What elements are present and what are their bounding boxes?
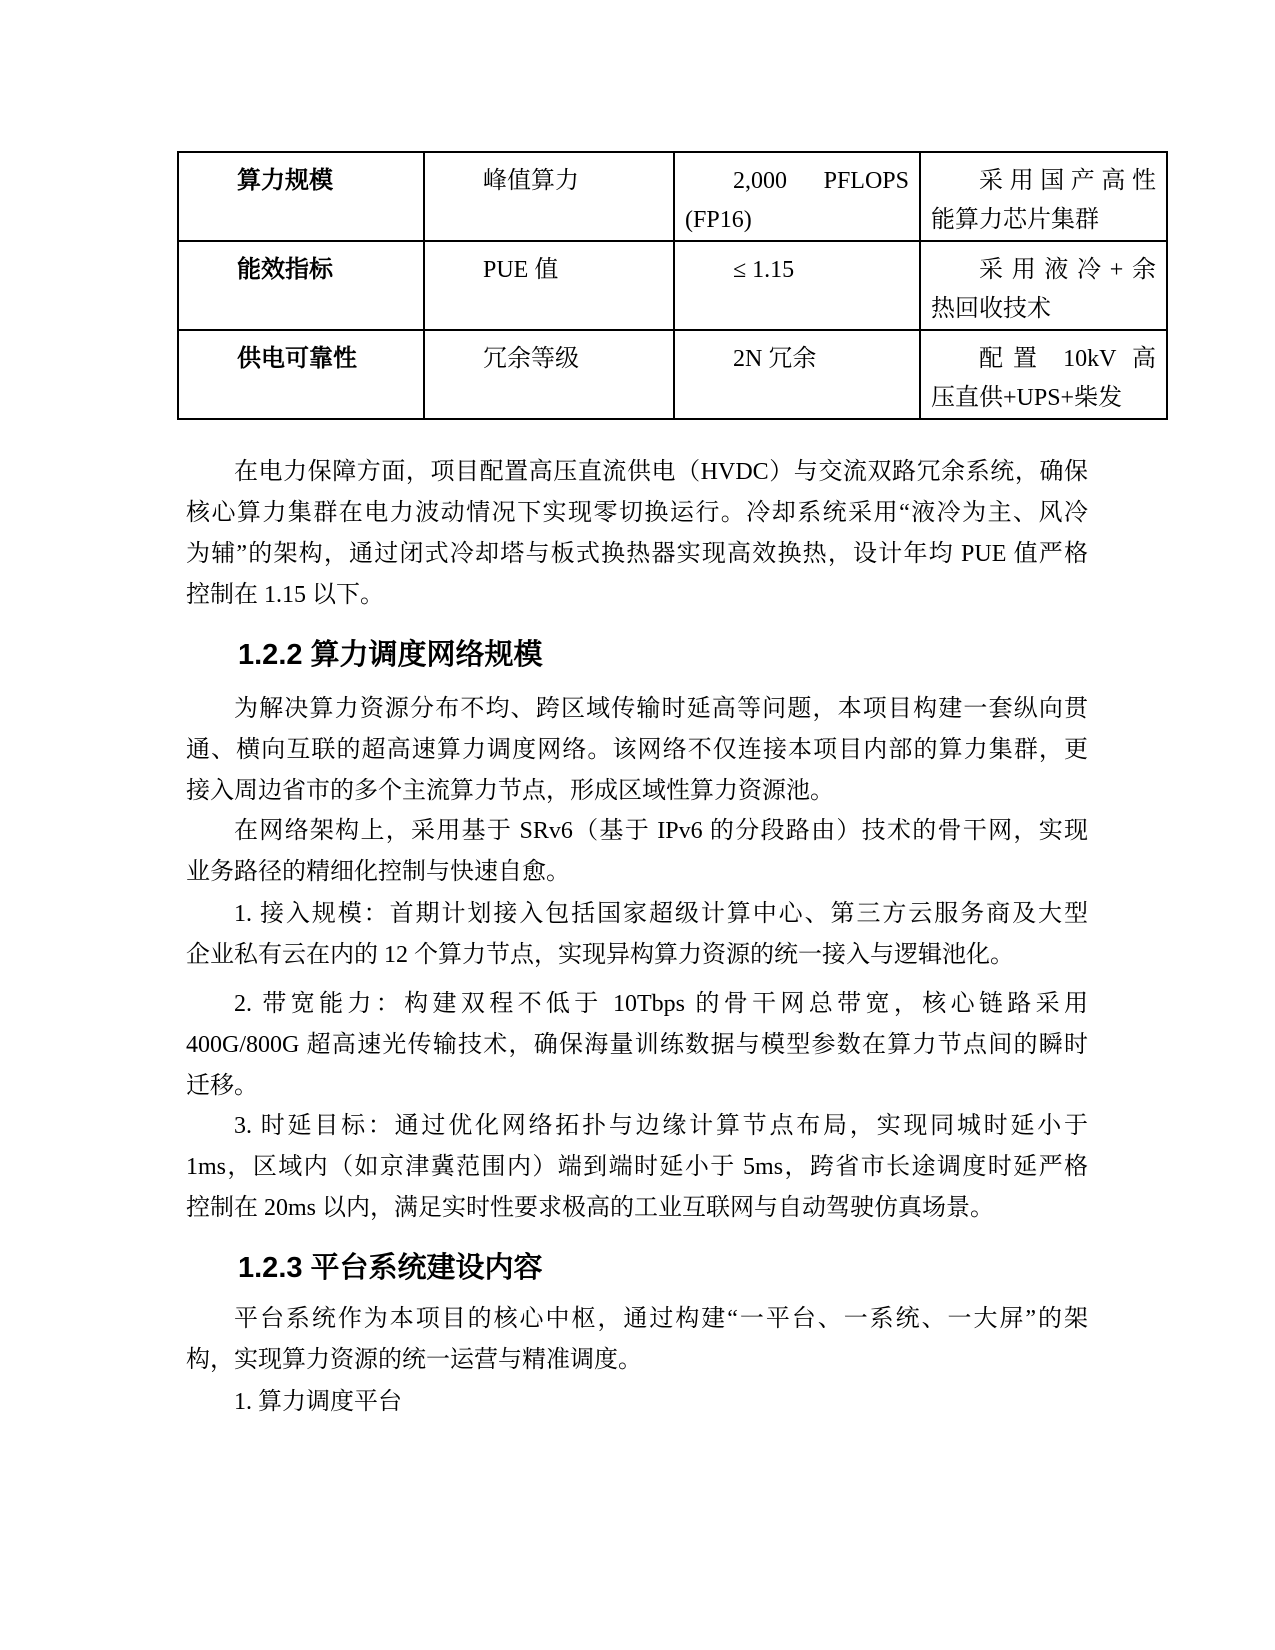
para-network-architecture-line-1: 在网络架构上，采用基于 SRv6（基于 IPv6 的分段路由）技术的骨干网，实现 <box>186 811 1088 852</box>
cell-r1c3-line-2: (FP16) <box>685 201 909 240</box>
cell-r2c4-line-2: 热回收技术 <box>931 290 1156 329</box>
para-item-2-bandwidth-line-3: 迁移。 <box>186 1066 1088 1107</box>
table-cell-r1-c4: 采用国产高性能算力芯片集群 <box>920 152 1167 241</box>
cell-r2c3-line-1: ≤ 1.15 <box>685 251 909 290</box>
para-item-3-latency-line-2: 1ms，区域内（如京津冀范围内）端到端时延小于 5ms，跨省市长途调度时延严格 <box>186 1147 1088 1188</box>
para-network-overview-line-1: 为解决算力资源分布不均、跨区域传输时延高等问题，本项目构建一套纵向贯 <box>186 689 1088 730</box>
cell-r3c4-line-2: 压直供+UPS+柴发 <box>931 379 1156 418</box>
cell-r1c3-line-1: 2,000 PFLOPS <box>685 162 909 201</box>
cell-r3c1-line-1: 供电可靠性 <box>189 340 413 379</box>
para-power-assurance-line-2: 核心算力集群在电力波动情况下实现零切换运行。冷却系统采用“液冷为主、风冷 <box>186 493 1088 534</box>
para-power-assurance: 在电力保障方面，项目配置高压直流供电（HVDC）与交流双路冗余系统，确保核心算力… <box>186 452 1088 616</box>
cell-r1c4-line-1: 采用国产高性 <box>931 162 1156 201</box>
table-cell-r1-c1: 算力规模 <box>178 152 424 241</box>
cell-r3c2-line-1: 冗余等级 <box>435 340 663 379</box>
cell-r1c1-line-1: 算力规模 <box>189 162 413 201</box>
para-item-1-scheduling-platform: 1. 算力调度平台 <box>186 1382 1088 1423</box>
para-network-overview-line-2: 通、横向互联的超高速算力调度网络。该网络不仅连接本项目内部的算力集群，更 <box>186 730 1088 771</box>
table-cell-r3-c4: 配置 10kV 高压直供+UPS+柴发 <box>920 330 1167 419</box>
para-network-architecture: 在网络架构上，采用基于 SRv6（基于 IPv6 的分段路由）技术的骨干网，实现… <box>186 811 1088 893</box>
para-platform-overview-line-1: 平台系统作为本项目的核心中枢，通过构建“一平台、一系统、一大屏”的架 <box>186 1299 1088 1340</box>
para-power-assurance-line-1: 在电力保障方面，项目配置高压直流供电（HVDC）与交流双路冗余系统，确保 <box>186 452 1088 493</box>
cell-r2c4-line-1: 采用液冷+余 <box>931 251 1156 290</box>
para-item-3-latency-line-3: 控制在 20ms 以内，满足实时性要求极高的工业互联网与自动驾驶仿真场景。 <box>186 1188 1088 1229</box>
table-cell-r2-c4: 采用液冷+余热回收技术 <box>920 241 1167 330</box>
cell-r3c3-line-1: 2N 冗余 <box>685 340 909 379</box>
para-platform-overview: 平台系统作为本项目的核心中枢，通过构建“一平台、一系统、一大屏”的架构，实现算力… <box>186 1299 1088 1381</box>
table-cell-r3-c3: 2N 冗余 <box>674 330 920 419</box>
para-network-overview: 为解决算力资源分布不均、跨区域传输时延高等问题，本项目构建一套纵向贯通、横向互联… <box>186 689 1088 812</box>
para-power-assurance-line-4: 控制在 1.15 以下。 <box>186 575 1088 616</box>
para-item-2-bandwidth-line-1: 2. 带宽能力：构建双程不低于 10Tbps 的骨干网总带宽，核心链路采用 <box>186 984 1088 1025</box>
para-item-1-access-scale: 1. 接入规模：首期计划接入包括国家超级计算中心、第三方云服务商及大型企业私有云… <box>186 894 1088 976</box>
table-cell-r2-c2: PUE 值 <box>424 241 674 330</box>
table-cell-r3-c1: 供电可靠性 <box>178 330 424 419</box>
para-network-overview-line-3: 接入周边省市的多个主流算力节点，形成区域性算力资源池。 <box>186 771 1088 812</box>
table-row-3: 供电可靠性冗余等级2N 冗余配置 10kV 高压直供+UPS+柴发 <box>178 330 1167 419</box>
heading-1-2-3: 1.2.3 平台系统建设内容 <box>238 1253 543 1283</box>
cell-r3c4-line-1: 配置 10kV 高 <box>931 340 1156 379</box>
table-row-1: 算力规模峰值算力2,000 PFLOPS(FP16)采用国产高性能算力芯片集群 <box>178 152 1167 241</box>
document-page: 算力规模峰值算力2,000 PFLOPS(FP16)采用国产高性能算力芯片集群能… <box>0 0 1275 1650</box>
spec-table: 算力规模峰值算力2,000 PFLOPS(FP16)采用国产高性能算力芯片集群能… <box>177 151 1168 420</box>
table-cell-r2-c3: ≤ 1.15 <box>674 241 920 330</box>
table-cell-r1-c2: 峰值算力 <box>424 152 674 241</box>
para-item-1-access-scale-line-2: 企业私有云在内的 12 个算力节点，实现异构算力资源的统一接入与逻辑池化。 <box>186 935 1088 976</box>
para-item-3-latency: 3. 时延目标：通过优化网络拓扑与边缘计算节点布局，实现同城时延小于1ms，区域… <box>186 1106 1088 1229</box>
table-cell-r2-c1: 能效指标 <box>178 241 424 330</box>
para-item-1-scheduling-platform-line-1: 1. 算力调度平台 <box>186 1382 1088 1423</box>
para-item-2-bandwidth: 2. 带宽能力：构建双程不低于 10Tbps 的骨干网总带宽，核心链路采用400… <box>186 984 1088 1107</box>
para-platform-overview-line-2: 构，实现算力资源的统一运营与精准调度。 <box>186 1340 1088 1381</box>
cell-r1c2-line-1: 峰值算力 <box>435 162 663 201</box>
para-item-1-access-scale-line-1: 1. 接入规模：首期计划接入包括国家超级计算中心、第三方云服务商及大型 <box>186 894 1088 935</box>
para-item-2-bandwidth-line-2: 400G/800G 超高速光传输技术，确保海量训练数据与模型参数在算力节点间的瞬… <box>186 1025 1088 1066</box>
table-cell-r1-c3: 2,000 PFLOPS(FP16) <box>674 152 920 241</box>
para-power-assurance-line-3: 为辅”的架构，通过闭式冷却塔与板式换热器实现高效换热，设计年均 PUE 值严格 <box>186 534 1088 575</box>
table-row-2: 能效指标PUE 值≤ 1.15采用液冷+余热回收技术 <box>178 241 1167 330</box>
cell-r2c1-line-1: 能效指标 <box>189 251 413 290</box>
cell-r2c2-line-1: PUE 值 <box>435 251 663 290</box>
heading-1-2-2: 1.2.2 算力调度网络规模 <box>238 640 543 670</box>
para-item-3-latency-line-1: 3. 时延目标：通过优化网络拓扑与边缘计算节点布局，实现同城时延小于 <box>186 1106 1088 1147</box>
para-network-architecture-line-2: 业务路径的精细化控制与快速自愈。 <box>186 852 1088 893</box>
table-cell-r3-c2: 冗余等级 <box>424 330 674 419</box>
cell-r1c4-line-2: 能算力芯片集群 <box>931 201 1156 240</box>
